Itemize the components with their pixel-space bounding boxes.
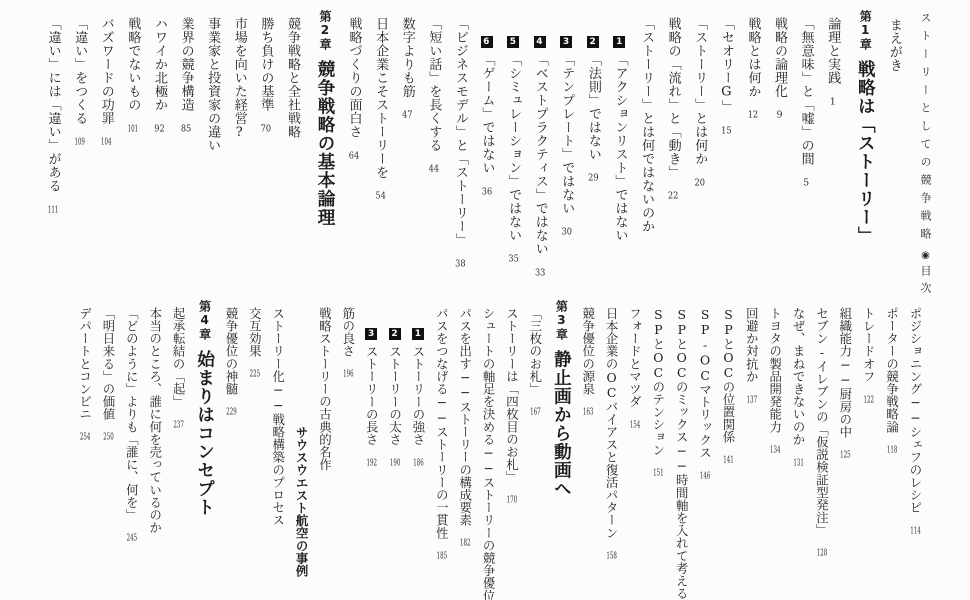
- toc-entry: 2「法則」ではない29: [585, 10, 601, 292]
- entry-title: SPとOCのミックス──時間軸を入れて考える: [674, 307, 689, 600]
- entry-number-badge: 4: [534, 36, 546, 48]
- toc-entry: 回避か対抗か137: [744, 300, 759, 592]
- entry-title: 「アクションリスト」ではない: [612, 53, 627, 242]
- toc-entry: 戦略でないもの101: [125, 10, 141, 292]
- toc-entry: 2ストーリーの太さ190: [387, 300, 402, 592]
- page-number-gap: [486, 175, 487, 187]
- page-number: 158: [606, 551, 617, 561]
- entry-title: ストーリーの太さ: [388, 345, 403, 446]
- page-number: 47: [402, 110, 413, 120]
- page-number: 196: [343, 369, 354, 379]
- toc-entry: なぜ、まねできないのか131: [790, 300, 805, 592]
- book-title: ストーリーとしての競争戦略: [919, 12, 932, 246]
- entry-title: 「ストーリー」とは何ではないのか: [639, 17, 654, 233]
- entry-title: 勝ち負けの基準: [258, 17, 273, 112]
- page-number-gap: [915, 514, 916, 526]
- page-number: 104: [101, 137, 112, 147]
- entry-title: 戦略ストーリーの古典的名作: [318, 307, 333, 471]
- entry-title: バズワードの功罪: [99, 17, 114, 125]
- chapter-number-label: 第1章: [858, 10, 872, 51]
- entry-title: ポジショニング──シェフのレシピ: [908, 307, 923, 514]
- page-number: 30: [561, 227, 572, 237]
- entry-title: 競争優位の神髄: [224, 307, 239, 395]
- entry-title: 交互効果: [247, 307, 262, 357]
- entry-number-badge: 6: [481, 36, 493, 48]
- toc-entry: 「明日来る」の価値250: [100, 300, 115, 592]
- entry-title: まえがき: [887, 18, 902, 72]
- entry-title: ポーターの競争戦略論: [885, 307, 900, 433]
- toc-entry: 「違い」には「違い」がある111: [45, 10, 61, 292]
- page-number: 70: [260, 124, 271, 134]
- page-number-gap: [728, 443, 729, 455]
- page-number: 20: [694, 178, 705, 188]
- toc-entry: 筋の良さ196: [340, 300, 355, 592]
- page-number: 44: [428, 164, 439, 174]
- toc-entry: デパートとコンビニ254: [77, 300, 92, 592]
- toc-entry: 「ストーリー」とは何ではないのか: [638, 10, 654, 292]
- toc-entry: 日本企業こそストーリーを54: [373, 10, 389, 292]
- toc-entry: 競争戦略と全社戦略: [284, 10, 300, 292]
- toc-entry: トヨタの製品開発能力134: [767, 300, 782, 592]
- page-number-gap: [566, 215, 567, 227]
- page-number: 35: [508, 254, 519, 264]
- toc-entry: 競争優位の源泉163: [580, 300, 595, 592]
- page-number: 250: [103, 432, 114, 442]
- page-number: 109: [74, 137, 85, 147]
- entry-title: 「三枚のお札」: [528, 307, 543, 395]
- page-number-gap: [611, 539, 612, 551]
- page-number: 190: [390, 458, 401, 468]
- page-number: 182: [460, 538, 471, 548]
- page-number: 38: [455, 259, 466, 269]
- entry-title: サウスウエスト航空の事例: [294, 426, 309, 577]
- entry-title: 業界の競争構造: [179, 17, 194, 112]
- page-number-gap: [513, 242, 514, 254]
- toc-entry: ハワイか北極か92: [151, 10, 167, 292]
- entry-title: パスを出す──ストーリーの構成要素: [458, 307, 473, 526]
- page-number: 5: [801, 178, 812, 188]
- page-number: 92: [154, 124, 165, 134]
- page-number-gap: [805, 166, 806, 178]
- page-number-gap: [178, 408, 179, 420]
- entry-title: 「無意味」と「嘘」の間: [799, 17, 814, 166]
- toc-entry: バズワードの功罪104: [98, 10, 114, 292]
- page-number: 163: [583, 407, 594, 417]
- chapter-heading: 第4章始まりはコンセプト: [194, 300, 215, 592]
- entry-title: 戦略とは何か: [745, 17, 760, 98]
- page-number-gap: [254, 357, 255, 369]
- toc-entry: 戦略の「流れ」と「動き」22: [665, 10, 681, 292]
- chapter-title: 始まりはコンセプト: [195, 350, 215, 517]
- entry-title: なぜ、まねできないのか: [791, 307, 806, 446]
- toc-entry: 1「アクションリスト」ではない: [612, 10, 628, 292]
- chapter-title: 静止画から動画へ: [551, 350, 571, 498]
- entry-title: SPとOCの位置関係: [721, 307, 736, 443]
- entry-title: 回避か対抗か: [744, 307, 759, 383]
- entry-title: 戦略の「流れ」と「動き」: [666, 17, 681, 179]
- page-number-gap: [353, 139, 354, 151]
- entry-title: ハワイか北極か: [152, 17, 167, 112]
- chapter-number-label: 第4章: [198, 300, 212, 341]
- page-number: 29: [588, 173, 599, 183]
- toc-entry: ストーリー化──戦略構築のプロセス: [270, 300, 285, 592]
- page-number-gap: [52, 193, 53, 205]
- page-number-gap: [406, 98, 407, 110]
- toc-entry: 論理と実践1: [825, 10, 841, 292]
- entry-title: 本当のところ、誰に何を売っているのか: [148, 307, 163, 534]
- toc-entry: ポジショニング──シェフのレシピ114: [907, 300, 922, 592]
- page-number-gap: [132, 112, 133, 124]
- page-number-gap: [699, 166, 700, 178]
- toc-entry: 交互効果225: [247, 300, 262, 592]
- entry-title: 起承転結の「起」: [171, 307, 186, 408]
- toc-entry: 3ストーリーの長さ192: [363, 300, 378, 592]
- toc-entry: パスをつなげる──ストーリーの一貫性185: [434, 300, 449, 592]
- toc-entry: セブン-イレブンの「仮説検証型発注」128: [814, 300, 829, 592]
- entry-title: ストーリーの長さ: [364, 345, 379, 446]
- page-number-gap: [779, 98, 780, 110]
- toc-entry: 「ストーリー」とは何か20: [692, 10, 708, 292]
- toc-entry: 「どのように」よりも「誰に、何を」245: [124, 300, 139, 592]
- entry-title: 「違い」には「違い」がある: [46, 17, 61, 193]
- entry-title: 「ストーリー」とは何か: [692, 17, 707, 166]
- page-number: 22: [668, 191, 679, 201]
- page-number-gap: [891, 433, 892, 445]
- entry-title: パスをつなげる──ストーリーの一貫性: [434, 307, 449, 539]
- entry-title: セブン-イレブンの「仮説検証型発注」: [815, 307, 830, 536]
- page-number-gap: [587, 395, 588, 407]
- page-number: 15: [721, 126, 732, 136]
- page-number-gap: [832, 85, 833, 97]
- chapter-title: 競争戦略の基本論理: [315, 60, 335, 227]
- entry-number-badge: 2: [389, 328, 401, 340]
- entry-title: トヨタの製品開発能力: [768, 307, 783, 433]
- toc-entry: SPとOCの位置関係141: [720, 300, 735, 592]
- toc-entry: 「ビジネスモデル」と「ストーリー」38: [452, 10, 468, 292]
- entry-title: ストーリーの強さ: [411, 345, 426, 446]
- page-number: 125: [840, 450, 851, 460]
- chapter-number-label: 第2章: [318, 10, 332, 51]
- page-number-gap: [751, 383, 752, 395]
- toc-entry: 市場を向いた経営?: [231, 10, 247, 292]
- page-number-gap: [844, 438, 845, 450]
- toc-entry: 戦略とは何か12: [745, 10, 761, 292]
- toc-entry: ストーリーは「四枚目のお札」170: [504, 300, 519, 592]
- page-number-gap: [774, 433, 775, 445]
- page-number-gap: [131, 521, 132, 533]
- entry-title: 「ベストプラクティス」ではない: [533, 53, 548, 256]
- entry-title: 「短い話」を長くする: [426, 17, 441, 152]
- entry-title: 論理と実践: [825, 17, 840, 85]
- toc-entry: 戦略の論理化9: [771, 10, 787, 292]
- page-number: 101: [127, 124, 138, 134]
- page-number-gap: [79, 125, 80, 137]
- toc-page: ストーリーとしての競争戦略◉目次まえがき第1章戦略は「ストーリー」論理と実践1「…: [0, 0, 970, 600]
- entry-title: 「違い」をつくる: [72, 17, 87, 125]
- page-number: 33: [535, 268, 546, 278]
- toc-entry: 3「テンプレート」ではない30: [559, 10, 575, 292]
- page-number-gap: [539, 256, 540, 268]
- page-number-gap: [464, 526, 465, 538]
- page-number-gap: [371, 446, 372, 458]
- entry-number-badge: 2: [587, 36, 599, 48]
- page-number-gap: [108, 420, 109, 432]
- toc-entry: 戦略ストーリーの古典的名作: [317, 300, 332, 592]
- toc-entry: 6「ゲーム」ではない36: [479, 10, 495, 292]
- entry-title: 組織能力──厨房の中: [838, 307, 853, 438]
- preface-entry: まえがき: [886, 10, 902, 292]
- page-number: 118: [887, 445, 898, 455]
- page-number-gap: [84, 420, 85, 432]
- page-number: 186: [413, 458, 424, 468]
- page-number-gap: [105, 125, 106, 137]
- page-number: 1: [827, 97, 838, 107]
- chapter-heading: 第2章競争戦略の基本論理: [314, 10, 335, 292]
- page-number: 229: [226, 407, 237, 417]
- page-number: 146: [700, 471, 711, 481]
- entry-title: 「テンプレート」ではない: [559, 53, 574, 215]
- toc-entry: 事業家と投資家の違い: [205, 10, 221, 292]
- entry-title: 競争戦略と全社戦略: [285, 17, 300, 139]
- page-number-gap: [798, 446, 799, 458]
- toc-entry: SPとOCのミックス──時間軸を入れて考える: [673, 300, 688, 592]
- toc-entry: 「三枚のお札」167: [527, 300, 542, 592]
- page-number-gap: [725, 114, 726, 126]
- toc-entry: 競争優位の神髄229: [223, 300, 238, 592]
- toc-row-bottom: ポジショニング──シェフのレシピ114ポーターの競争戦略論118トレードオフ12…: [68, 300, 922, 592]
- page-number: 237: [173, 420, 184, 430]
- toc-entry: フォードとマツダ154: [627, 300, 642, 592]
- page-number: 167: [530, 407, 541, 417]
- page-number: 141: [723, 455, 734, 465]
- page-number-gap: [459, 247, 460, 259]
- page-number: 54: [375, 191, 386, 201]
- entry-title: 「どのように」よりも「誰に、何を」: [124, 307, 139, 521]
- page-number: 122: [863, 395, 874, 405]
- toc-entry: 4「ベストプラクティス」ではない33: [532, 10, 548, 292]
- page-number-gap: [634, 408, 635, 420]
- page-number-gap: [672, 179, 673, 191]
- page-number-gap: [657, 456, 658, 468]
- page-number-gap: [441, 539, 442, 551]
- toc-entry: 数字よりも筋47: [399, 10, 415, 292]
- page-number-gap: [265, 112, 266, 124]
- entry-title: 「明日来る」の価値: [101, 307, 116, 420]
- case-study-subtitle: サウスウエスト航空の事例: [293, 300, 308, 592]
- toc-entry: 本当のところ、誰に何を売っているのか: [147, 300, 162, 592]
- toc-entry: 「無意味」と「嘘」の間5: [798, 10, 814, 292]
- page-number: 254: [80, 432, 91, 442]
- entry-title: ストーリーは「四枚目のお札」: [505, 307, 520, 483]
- toc-entry: 組織能力──厨房の中125: [837, 300, 852, 592]
- toc-entry: 「セオリーG」15: [718, 10, 734, 292]
- page-number: 111: [48, 205, 59, 215]
- page-number: 225: [249, 369, 260, 379]
- page-number-gap: [752, 98, 753, 110]
- toc-entry: 起承転結の「起」237: [170, 300, 185, 592]
- page-number: 134: [770, 445, 781, 455]
- page-number-gap: [185, 112, 186, 124]
- entry-number-badge: 3: [560, 36, 572, 48]
- toc-label: 目次: [919, 265, 932, 299]
- page-number-gap: [511, 483, 512, 495]
- toc-entry: 「違い」をつくる109: [72, 10, 88, 292]
- entry-title: 数字よりも筋: [400, 17, 415, 98]
- entry-number-badge: 3: [365, 328, 377, 340]
- page-number-gap: [380, 179, 381, 191]
- toc-entry: 5「シミュレーション」ではない35: [506, 10, 522, 292]
- entry-title: 戦略でないもの: [125, 17, 140, 112]
- page-number-gap: [534, 395, 535, 407]
- chapter-title: 戦略は「ストーリー」: [855, 60, 875, 245]
- page-number: 151: [653, 468, 664, 478]
- toc-entry: 勝ち負けの基準70: [258, 10, 274, 292]
- page-number: 154: [630, 420, 641, 430]
- entry-title: 「ビジネスモデル」と「ストーリー」: [453, 17, 468, 247]
- toc-row-top: ストーリーとしての競争戦略◉目次まえがき第1章戦略は「ストーリー」論理と実践1「…: [34, 10, 932, 292]
- page-number: 85: [181, 124, 192, 134]
- toc-entry: SPとOCのテンション151: [650, 300, 665, 592]
- toc-entry: 戦略づくりの面白さ64: [346, 10, 362, 292]
- entry-title: 筋の良さ: [341, 307, 356, 357]
- toc-entry: ポーターの競争戦略論118: [884, 300, 899, 592]
- entry-title: 競争優位の源泉: [581, 307, 596, 395]
- entry-title: SP-OCマトリックス: [698, 307, 713, 459]
- toc-entry: 「短い話」を長くする44: [426, 10, 442, 292]
- entry-title: フォードとマツダ: [628, 307, 643, 408]
- entry-title: 市場を向いた経営?: [232, 17, 247, 141]
- page-number-gap: [592, 161, 593, 173]
- toc-entry: トレードオフ122: [860, 300, 875, 592]
- entry-title: 日本企業のOCバイアスと復活パターン: [604, 307, 619, 539]
- page-number-gap: [158, 112, 159, 124]
- entry-title: シュートの軸足を決める──ストーリーの競争優位: [481, 307, 496, 600]
- entry-title: 「法則」ではない: [586, 53, 601, 161]
- entry-number-badge: 1: [613, 36, 625, 48]
- entry-title: デパートとコンビニ: [78, 307, 93, 420]
- toc-entry: シュートの軸足を決める──ストーリーの競争優位: [480, 300, 495, 592]
- entry-title: 日本企業こそストーリーを: [373, 17, 388, 179]
- page-number: 137: [746, 395, 757, 405]
- page-number-gap: [418, 446, 419, 458]
- page-number: 36: [482, 187, 493, 197]
- toc-entry: 日本企業のOCバイアスと復活パターン158: [603, 300, 618, 592]
- page-number: 131: [793, 458, 804, 468]
- chapter-heading: 第3章静止画から動画へ: [550, 300, 571, 592]
- page-number: 245: [126, 533, 137, 543]
- chapter-number-label: 第3章: [554, 300, 568, 341]
- page-number-gap: [347, 357, 348, 369]
- toc-entry: 業界の競争構造85: [178, 10, 194, 292]
- bullseye-icon: ◉: [920, 250, 931, 261]
- page-number-gap: [433, 152, 434, 164]
- page-number-gap: [821, 536, 822, 548]
- toc-entry: SP-OCマトリックス146: [697, 300, 712, 592]
- page-number: 185: [436, 551, 447, 561]
- entry-title: ストーリー化──戦略構築のプロセス: [271, 307, 286, 526]
- entry-title: 事業家と投資家の違い: [205, 17, 220, 152]
- page-number: 12: [747, 110, 758, 120]
- entry-title: 戦略づくりの面白さ: [347, 17, 362, 139]
- toc-entry: 1ストーリーの強さ186: [410, 300, 425, 592]
- entry-title: トレードオフ: [861, 307, 876, 383]
- entry-title: 戦略の論理化: [772, 17, 787, 98]
- page-number: 170: [507, 495, 518, 505]
- entry-title: 「セオリーG」: [719, 17, 734, 114]
- page-number: 128: [817, 548, 828, 558]
- toc-entry: パスを出す──ストーリーの構成要素182: [457, 300, 472, 592]
- chapter-heading: 第1章戦略は「ストーリー」: [854, 10, 875, 292]
- page-number-gap: [704, 459, 705, 471]
- page-number: 114: [910, 526, 921, 536]
- page-number-gap: [231, 395, 232, 407]
- entry-title: 「ゲーム」ではない: [480, 53, 495, 175]
- entry-number-badge: 1: [412, 328, 424, 340]
- running-header: ストーリーとしての競争戦略◉目次: [919, 10, 932, 292]
- entry-title: 「シミュレーション」ではない: [506, 53, 521, 242]
- page-number: 192: [366, 458, 377, 468]
- entry-title: SPとOCのテンション: [651, 307, 666, 456]
- page-number-gap: [394, 446, 395, 458]
- page-number: 64: [349, 151, 360, 161]
- page-number: 9: [774, 110, 785, 120]
- entry-number-badge: 5: [507, 36, 519, 48]
- page-number-gap: [868, 383, 869, 395]
